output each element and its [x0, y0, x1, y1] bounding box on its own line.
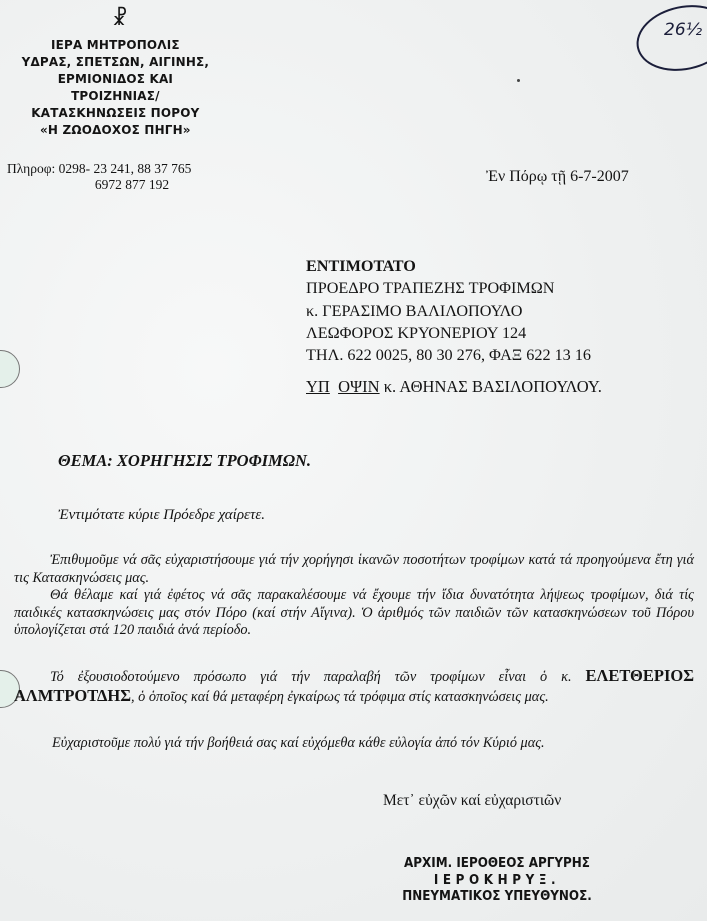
recipient-line: ΤΗΛ. 622 0025, 80 30 276, ΦΑΞ 622 13 16: [306, 344, 591, 366]
greeting: Ἐντιμότατε κύριε Πρόεδρε χαίρετε.: [58, 507, 265, 524]
recipient-block: ΕΝΤΙΜΟΤΑΤΟ ΠΡΟΕΔΡΟ ΤΡΑΠΕΖΗΣ ΤΡΟΦΙΜΩΝ κ. …: [306, 255, 591, 366]
contact-mobile-line: 6972 877 192: [95, 177, 169, 192]
attention-label-2: ΟΨΙΝ: [338, 377, 380, 396]
letterhead-line: ΥΔΡΑΣ, ΣΠΕΤΣΩΝ, ΑΙΓΙΝΗΣ,: [18, 53, 213, 70]
paragraph-text: Τό ἐξουσιοδοτούμενο πρόσωπο γιά τήν παρα…: [50, 669, 585, 685]
paragraph-text: , ὁ ὁποῖος καί θά μεταφέρη ἐγκαίρως τά τ…: [131, 689, 549, 705]
attention-line: ΥΠ ΟΨΙΝ κ. ΑΘΗΝΑΣ ΒΑΣΙΛΟΠΟΥΛΟΥ.: [306, 377, 602, 397]
body-paragraph-1: Ἐπιθυμοῦμε νά σᾶς εὐχαριστήσουμε γιά τήν…: [14, 552, 694, 640]
signature-block: ΑΡΧΙΜ. ΙΕΡΟΘΕΟΣ ΑΡΓΥΡΗΣ ΙΕΡΟΚΗΡΥΞ. ΠΝΕΥΜ…: [387, 856, 608, 906]
letterhead-line: ΙΕΡΑ ΜΗΤΡΟΠΟΛΙΣ: [18, 36, 213, 53]
subject-line: ΘΕΜΑ: ΧΟΡΗΓΗΣΙΣ ΤΡΟΦΙΜΩΝ.: [58, 451, 311, 471]
handwritten-number: 26½: [664, 20, 702, 40]
recipient-salutation: ΕΝΤΙΜΟΤΑΤΟ: [306, 255, 591, 277]
signature-title: ΙΕΡΟΚΗΡΥΞ.: [387, 873, 608, 890]
recipient-line: ΛΕΩΦΟΡΟΣ ΚΡΥΟΝΕΡΙΟΥ 124: [306, 322, 591, 344]
signature-role: ΠΝΕΥΜΑΤΙΚΟΣ ΥΠΕΥΘΥΝΟΣ.: [387, 889, 608, 906]
signature-name: ΑΡΧΙΜ. ΙΕΡΟΘΕΟΣ ΑΡΓΥΡΗΣ: [387, 856, 608, 873]
closing: Μετ᾽ εὐχῶν καί εὐχαριστιῶν: [383, 792, 561, 810]
recipient-line: κ. ΓΕΡΑΣΙΜΟ ΒΑΛΙΛΟΠΟΥΛΟ: [306, 300, 591, 322]
attention-name: κ. ΑΘΗΝΑΣ ΒΑΣΙΛΟΠΟΥΛΟΥ.: [380, 377, 602, 396]
ink-speck: [517, 79, 520, 82]
letterhead-line: «Η ΖΩΟΔΟΧΟΣ ΠΗΓΗ»: [18, 121, 213, 138]
body-paragraph-4: Εὐχαριστοῦμε πολύ γιά τήν βοήθειά σας κα…: [52, 735, 702, 753]
recipient-line: ΠΡΟΕΔΡΟ ΤΡΑΠΕΖΗΣ ΤΡΟΦΙΜΩΝ: [306, 277, 591, 299]
paragraph-text: Ἐπιθυμοῦμε νά σᾶς εὐχαριστήσουμε γιά τήν…: [14, 552, 694, 586]
body-paragraph-3: Τό ἐξουσιοδοτούμενο πρόσωπο γιά τήν παρα…: [14, 667, 694, 706]
attention-label-1: ΥΠ: [306, 377, 330, 396]
place-date: Ἐν Πόρῳ τῇ 6-7-2007: [486, 168, 629, 186]
contact-phone-line: Πληροφ: 0298- 23 241, 88 37 765: [7, 161, 257, 177]
letterhead-line: ΕΡΜΙΟΝΙΔΟΣ ΚΑΙ ΤΡΟΙΖΗΝΙΑΣ/: [18, 70, 213, 104]
paragraph-text: Θά θέλαμε καί γιά ἐφέτος νά σᾶς παρακαλέ…: [14, 587, 694, 638]
letterhead: ΙΕΡΑ ΜΗΤΡΟΠΟΛΙΣ ΥΔΡΑΣ, ΣΠΕΤΣΩΝ, ΑΙΓΙΝΗΣ,…: [18, 36, 213, 138]
letterhead-line: ΚΑΤΑΣΚΗΝΩΣΕΙΣ ΠΟΡΟΥ: [18, 104, 213, 121]
contact-info: Πληροφ: 0298- 23 241, 88 37 765 6972 877…: [7, 161, 257, 193]
chi-rho-icon: ☧: [112, 6, 128, 30]
punch-hole: [0, 350, 20, 388]
